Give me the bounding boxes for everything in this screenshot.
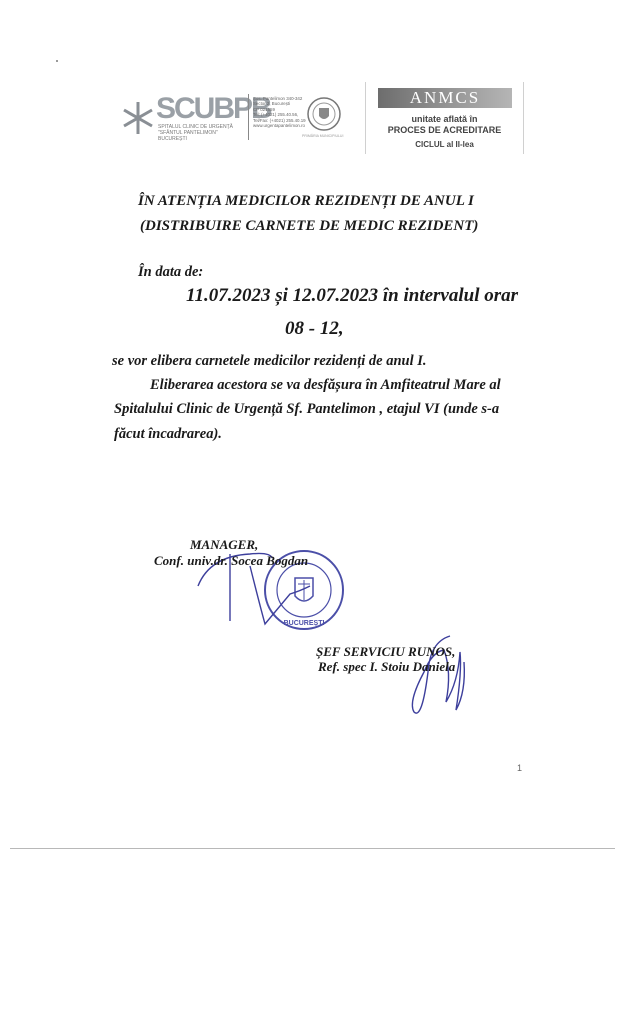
anmcs-line-3: CICLUL al II-lea bbox=[366, 140, 523, 149]
logo-divider bbox=[248, 94, 249, 140]
hospital-name: SPITALUL CLINIC DE URGENȚĂ "SFÂNTUL PANT… bbox=[158, 124, 248, 142]
address-line: www.urgentapantelimon.ro bbox=[253, 123, 313, 128]
hospital-address: Șos. Pantelimon 340-342 Sector 2, Bucure… bbox=[253, 96, 313, 128]
hospital-logo: SCUBPB SPITALUL CLINIC DE URGENȚĂ "SFÂNT… bbox=[118, 90, 358, 146]
scan-speck bbox=[56, 60, 58, 62]
hospital-name-line: BUCUREȘTI bbox=[158, 136, 248, 142]
page-number: 1 bbox=[517, 763, 522, 773]
paragraph-line: se vor elibera carnetele medicilor rezid… bbox=[112, 353, 427, 370]
crest-caption: PRIMĂRIA MUNICIPIULUI bbox=[302, 134, 343, 138]
star-of-life-icon bbox=[118, 98, 158, 138]
manager-name: Conf. univ.dr. Socea Bogdan bbox=[154, 553, 308, 569]
paragraph-line: Eliberarea acestora se va desfășura în A… bbox=[150, 377, 501, 394]
notice-title: ÎN ATENȚIA MEDICILOR REZIDENȚI DE ANUL I bbox=[138, 193, 474, 210]
city-crest-icon bbox=[306, 96, 342, 132]
anmcs-line-1: unitate aflată în bbox=[366, 114, 523, 124]
manager-title: MANAGER, bbox=[190, 537, 258, 553]
date-label: În data de: bbox=[138, 264, 203, 281]
hr-title: ȘEF SERVICIU RUNOS, bbox=[316, 644, 455, 660]
dates-text: 11.07.2023 și 12.07.2023 în intervalul o… bbox=[186, 285, 518, 307]
anmcs-line-2: PROCES DE ACREDITARE bbox=[366, 125, 523, 135]
paragraph-line: Spitalului Clinic de Urgență Sf. Panteli… bbox=[114, 401, 499, 418]
notice-subtitle: (DISTRIBUIRE CARNETE DE MEDIC REZIDENT) bbox=[140, 218, 478, 235]
hr-name: Ref. spec I. Stoiu Daniela bbox=[318, 659, 455, 675]
hours-text: 08 - 12, bbox=[285, 318, 344, 340]
anmcs-banner: ANMCS bbox=[378, 88, 512, 108]
anmcs-accreditation-badge: ANMCS unitate aflată în PROCES DE ACREDI… bbox=[365, 82, 524, 154]
page-divider bbox=[10, 848, 615, 849]
paragraph-line: făcut încadrarea). bbox=[114, 426, 222, 443]
